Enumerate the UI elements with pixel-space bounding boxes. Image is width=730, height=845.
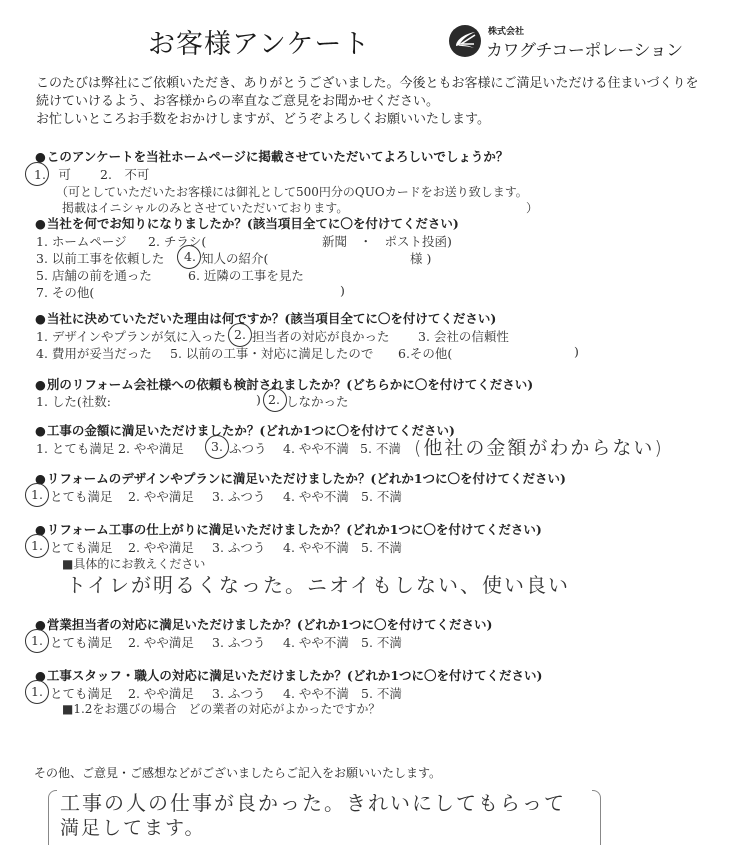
q6-option-4[interactable]: 4. やや不満 [283, 487, 349, 505]
q3-option-3[interactable]: 3. 会社の信頼性 [418, 327, 509, 345]
page-title: お客様アンケート [148, 22, 370, 61]
q4-option-1-close: ) [256, 392, 261, 407]
q2-option-7-close: ) [340, 283, 345, 298]
q1-note-1: （可としていただいたお客様には御礼として500円分のQUOカードをお送り致します… [56, 183, 528, 200]
q1-note-close: ） [526, 199, 538, 216]
q4-question: 別のリフォーム会社様への依頼も検討されましたか？(どちらかに〇を付けてください) [35, 375, 533, 393]
q3-option-5[interactable]: 5. 以前の工事・対応に満足したので [170, 344, 373, 362]
q2-option-3[interactable]: 3. 以前工事を依頼した [36, 249, 164, 267]
q5-option-4[interactable]: 4. やや不満 [283, 439, 349, 457]
q2-option-6[interactable]: 6. 近隣の工事を見た [188, 266, 304, 284]
q2-option-2[interactable]: 2. チラシ( [148, 232, 206, 250]
q3-option-6-close: ) [574, 344, 579, 359]
q2-option-4-num[interactable]: 4. [184, 249, 196, 264]
comments-handwritten-line-2: 満足してます。 [60, 813, 205, 840]
q7-handwritten-detail: トイレが明るくなった。ニオイもしない、使い良い [66, 569, 570, 598]
q9-sub-question: ■1.2をお選びの場合 どの業者の対応がよかったですか？ [62, 700, 380, 717]
q3-option-6[interactable]: 6.その他( [398, 344, 452, 362]
q7-option-5[interactable]: 5. 不満 [361, 538, 402, 556]
q5-option-3[interactable]: ふつう [229, 439, 267, 457]
q7-question: リフォーム工事の仕上がりに満足いただけましたか？(どれか1つに〇を付けてください… [35, 520, 542, 538]
q8-option-2[interactable]: 2. やや満足 [128, 633, 194, 651]
company-logo: 株式会社 カワグチコーポレーション [448, 24, 678, 64]
q9-option-1-num[interactable]: 1. [31, 684, 43, 699]
comments-bracket-right [592, 790, 601, 845]
q1-question: このアンケートを当社ホームページに掲載させていただいてよろしいでしょうか？ [35, 147, 508, 165]
comments-prompt: その他、ご意見・ご感想などがございましたらご記入をお願いいたします。 [34, 764, 441, 781]
q4-option-2-num[interactable]: 2. [268, 392, 280, 407]
q2-question: 当社を何でお知りになりましたか？(該当項目全てに〇を付けてください) [35, 214, 459, 232]
comments-bracket-left [48, 790, 57, 845]
q2-option-4[interactable]: 知人の紹介( [201, 249, 268, 267]
comments-handwritten-line-1: 工事の人の仕事が良かった。きれいにしてもらって [60, 787, 566, 816]
q2-option-1[interactable]: 1. ホームページ [36, 232, 127, 250]
intro-line-1: このたびは弊社にご依頼いただき、ありがとうございました。今後ともお客様にご満足い… [36, 75, 698, 93]
q2-option-5[interactable]: 5. 店舗の前を通った [36, 266, 152, 284]
q7-option-1-num[interactable]: 1. [31, 538, 43, 553]
q1-option-2[interactable]: 2. 不可 [100, 165, 149, 183]
q5-option-2[interactable]: 2. やや満足 [118, 439, 184, 457]
q6-option-1-num[interactable]: 1. [31, 487, 43, 502]
intro-line-2: 続けていけるよう、お客様からの率直なご意見をお聞かせください。 [36, 93, 439, 111]
q6-option-3[interactable]: 3. ふつう [212, 487, 265, 505]
q3-question: 当社に決めていただいた理由は何ですか？(該当項目全てに〇を付けてください) [35, 309, 496, 327]
company-logo-icon [448, 24, 482, 58]
q8-option-4[interactable]: 4. やや不満 [283, 633, 349, 651]
q8-option-5[interactable]: 5. 不満 [361, 633, 402, 651]
q6-question: リフォームのデザインやプランに満足いただけましたか？(どれか1つに〇を付けてくだ… [35, 469, 566, 487]
q5-question: 工事の金額に満足いただけましたか？(どれか1つに〇を付けてください) [35, 421, 455, 439]
q8-option-1-num[interactable]: 1. [31, 633, 43, 648]
q8-option-3[interactable]: 3. ふつう [212, 633, 265, 651]
q4-option-2[interactable]: しなかった [286, 392, 349, 410]
q5-option-5[interactable]: 5. 不満 [360, 439, 401, 457]
q8-option-1[interactable]: とても満足 [50, 633, 113, 651]
q6-option-1[interactable]: とても満足 [50, 487, 113, 505]
q3-option-2-num[interactable]: 2. [234, 327, 246, 342]
q2-option-2-detail: 新聞 ・ ポスト投函) [322, 232, 452, 250]
q7-option-1[interactable]: とても満足 [50, 538, 113, 556]
q5-option-1[interactable]: 1. とても満足 [36, 439, 114, 457]
company-name: カワグチコーポレーション [486, 36, 683, 61]
q5-handwritten-comment: (他社の金額がわからない) [414, 433, 664, 460]
q5-option-3-num[interactable]: 3. [211, 439, 223, 454]
q6-option-5[interactable]: 5. 不満 [361, 487, 402, 505]
q7-option-3[interactable]: 3. ふつう [212, 538, 265, 556]
intro-line-3: お忙しいところお手数をおかけしますが、どうぞよろしくお願いいたします。 [36, 111, 490, 129]
q7-option-2[interactable]: 2. やや満足 [128, 538, 194, 556]
q8-question: 営業担当者の対応に満足いただけましたか？(どれか1つに〇を付けてください) [35, 615, 492, 633]
q3-option-4[interactable]: 4. 費用が妥当だった [36, 344, 152, 362]
q7-option-4[interactable]: 4. やや不満 [283, 538, 349, 556]
q1-option-1[interactable]: 1. 可 [34, 165, 71, 183]
q3-option-1[interactable]: 1. デザインやプランが気に入った [36, 327, 226, 345]
q3-option-2[interactable]: 担当者の対応が良かった [252, 327, 390, 345]
q2-option-7[interactable]: 7. その他( [36, 283, 94, 301]
q6-option-2[interactable]: 2. やや満足 [128, 487, 194, 505]
q9-question: 工事スタッフ・職人の対応に満足いただけましたか？(どれか1つに〇を付けてください… [35, 666, 542, 684]
q2-option-4-suffix: 様 ) [410, 249, 431, 267]
q4-option-1[interactable]: 1. した(社数: [36, 392, 111, 410]
